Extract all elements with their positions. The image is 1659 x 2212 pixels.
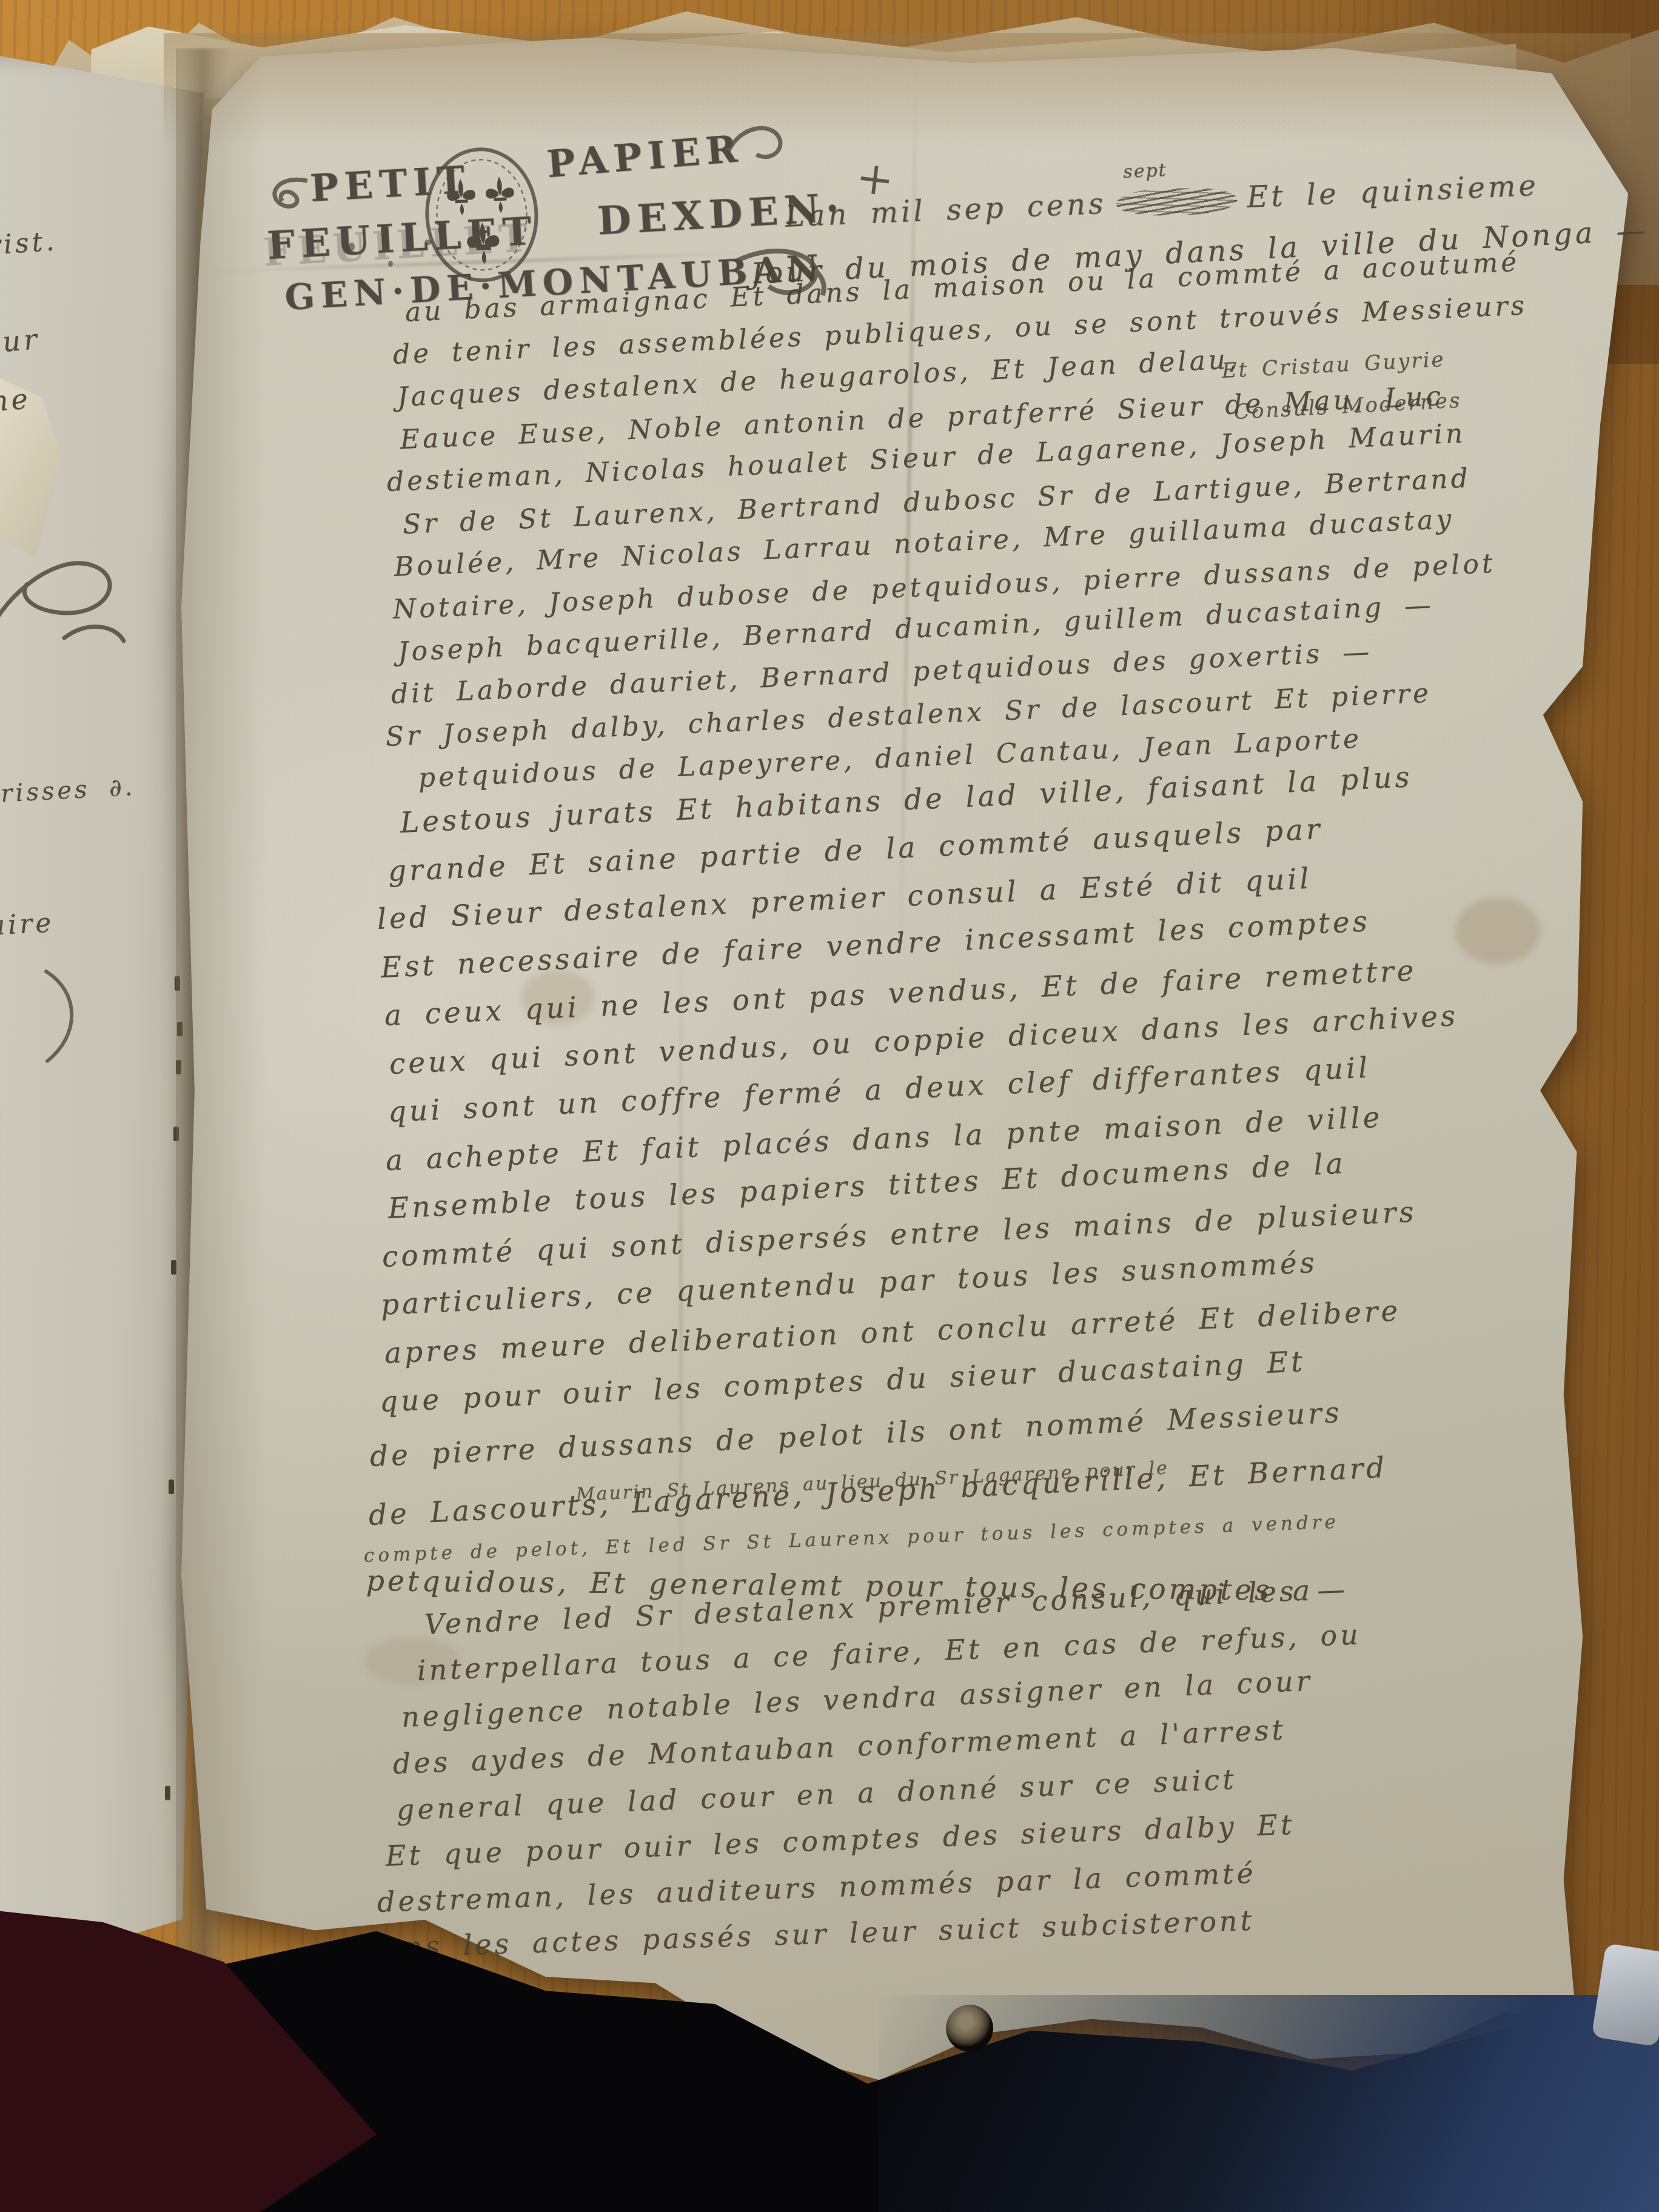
- interline-insert-sept: sept: [1123, 160, 1168, 183]
- stamp-word-papier: PAPIER: [545, 126, 745, 186]
- page-gutter-shade: [176, 49, 267, 2062]
- metal-grommet: [946, 2005, 993, 2052]
- paper-stain: [1455, 897, 1540, 964]
- blue-fabric: [879, 1995, 1659, 2212]
- stamp-emblem-fleur-de-lis-icon: [412, 140, 551, 290]
- photo-of-manuscript: rist. aur me crisses ∂. aire PETIT PAPIE…: [0, 0, 1659, 2212]
- stamp-curl-icon: [723, 118, 786, 169]
- struck-word-scribble: sept: [1116, 186, 1238, 218]
- page-top-stain: [164, 33, 1631, 149]
- stamp-curl-icon: [262, 172, 313, 217]
